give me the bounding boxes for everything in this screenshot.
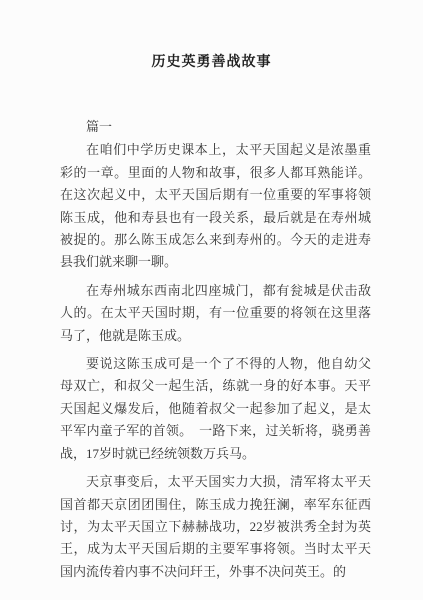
paragraph-4: 天京事变后，太平天国实力大损，清军将太平天国首都天京团团围住，陈玉成力挽狂澜，率…: [60, 471, 371, 583]
document-body: 篇一 在咱们中学历史课本上，太平天国起义是浓墨重彩的一章。里面的人物和故事，很多…: [60, 116, 371, 583]
page-title: 历史英勇善战故事: [0, 53, 423, 72]
paragraph-3: 要说这陈玉成可是一个了不得的人物，他自幼父母双亡，和叔父一起生活，练就一身的好本…: [60, 353, 371, 465]
paragraph-2: 在寿州城东西南北四座城门，都有瓮城是伏击敌人的。在太平天国时期，有一位重要的将领…: [60, 280, 371, 347]
document-page: 历史英勇善战故事 篇一 在咱们中学历史课本上，太平天国起义是浓墨重彩的一章。里面…: [0, 0, 423, 600]
section-label: 篇一: [60, 116, 371, 138]
paragraph-1: 在咱们中学历史课本上，太平天国起义是浓墨重彩的一章。里面的人物和故事，很多人都耳…: [60, 139, 371, 273]
